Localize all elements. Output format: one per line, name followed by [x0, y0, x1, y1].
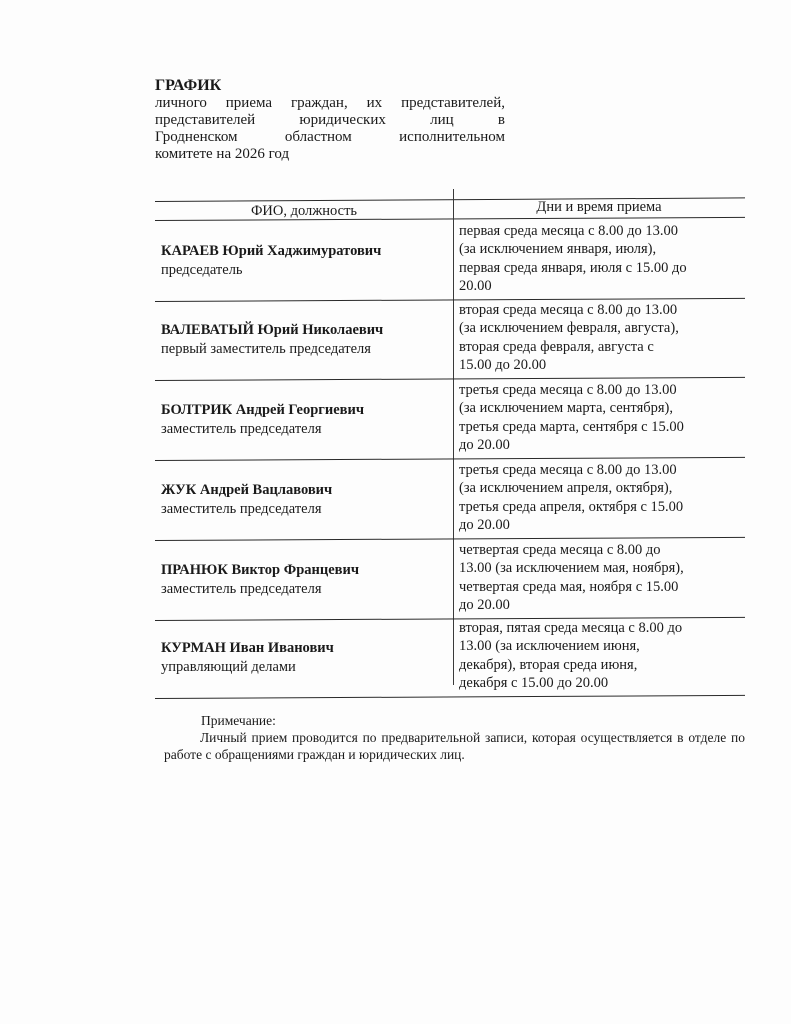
row-bottom-border: [155, 695, 745, 699]
schedule-line: третья среда апреля, октября с 15.00: [459, 498, 745, 516]
schedule-line: третья среда марта, сентября с 15.00: [459, 418, 745, 436]
schedule-line: (за исключением февраля, августа),: [459, 319, 745, 337]
person-position: управляющий делами: [161, 658, 451, 677]
column-divider: [453, 189, 454, 685]
subtitle-line: Гродненском областном исполнительном: [155, 129, 505, 146]
table-row-person: ВАЛЕВАТЫЙ Юрий Николаевичпервый заместит…: [161, 321, 451, 359]
schedule-line: 13.00 (за исключением июня,: [459, 637, 745, 655]
schedule-line: третья среда месяца с 8.00 до 13.00: [459, 461, 745, 479]
header-name-position: ФИО, должность: [155, 203, 453, 219]
schedule-line: 15.00 до 20.00: [459, 356, 745, 374]
schedule-line: 20.00: [459, 277, 745, 295]
table-row-schedule: третья среда месяца с 8.00 до 13.00(за и…: [459, 381, 745, 454]
table-row-schedule: вторая среда месяца с 8.00 до 13.00(за и…: [459, 301, 745, 374]
schedule-line: 13.00 (за исключением мая, ноября),: [459, 559, 745, 577]
person-position: первый заместитель председателя: [161, 340, 451, 359]
table-row-person: КАРАЕВ Юрий Хаджимуратовичпредседатель: [161, 242, 451, 280]
schedule-line: до 20.00: [459, 596, 745, 614]
table-row-person: ЖУК Андрей Вацлавовичзаместитель председ…: [161, 481, 451, 519]
subtitle-line: представителей юридических лиц в: [155, 112, 505, 129]
schedule-line: (за исключением апреля, октября),: [459, 479, 745, 497]
person-name: ПРАНЮК Виктор Францевич: [161, 561, 451, 580]
table-row-schedule: четвертая среда месяца с 8.00 до13.00 (з…: [459, 541, 745, 614]
schedule-line: четвертая среда месяца с 8.00 до: [459, 541, 745, 559]
person-position: заместитель председателя: [161, 500, 451, 519]
document-page: ГРАФИК личного приема граждан, их предст…: [0, 0, 791, 1024]
schedule-line: вторая, пятая среда месяца с 8.00 до: [459, 619, 745, 637]
document-title: ГРАФИК: [155, 76, 505, 95]
person-name: КУРМАН Иван Иванович: [161, 639, 451, 658]
person-name: ВАЛЕВАТЫЙ Юрий Николаевич: [161, 321, 451, 340]
person-name: КАРАЕВ Юрий Хаджимуратович: [161, 242, 451, 261]
schedule-line: третья среда месяца с 8.00 до 13.00: [459, 381, 745, 399]
schedule-line: (за исключением марта, сентября),: [459, 399, 745, 417]
table-row-person: ПРАНЮК Виктор Францевичзаместитель предс…: [161, 561, 451, 599]
person-name: ЖУК Андрей Вацлавович: [161, 481, 451, 500]
schedule-line: до 20.00: [459, 516, 745, 534]
schedule-line: (за исключением января, июля),: [459, 240, 745, 258]
table-row-person: БОЛТРИК Андрей Георгиевичзаместитель пре…: [161, 401, 451, 439]
note-section: Примечание: Личный прием проводится по п…: [165, 712, 745, 763]
table-row-schedule: третья среда месяца с 8.00 до 13.00(за и…: [459, 461, 745, 534]
table-row-person: КУРМАН Иван Ивановичуправляющий делами: [161, 639, 451, 677]
subtitle-line: личного приема граждан, их представителе…: [155, 95, 505, 112]
schedule-line: первая среда месяца с 8.00 до 13.00: [459, 222, 745, 240]
note-label: Примечание:: [165, 712, 745, 729]
note-text: Личный прием проводится по предварительн…: [164, 729, 745, 763]
person-name: БОЛТРИК Андрей Георгиевич: [161, 401, 451, 420]
table-row-schedule: вторая, пятая среда месяца с 8.00 до13.0…: [459, 619, 745, 692]
person-position: заместитель председателя: [161, 420, 451, 439]
document-heading: ГРАФИК личного приема граждан, их предст…: [155, 76, 505, 163]
header-schedule: Дни и время приема: [453, 199, 745, 215]
schedule-line: до 20.00: [459, 436, 745, 454]
schedule-line: первая среда января, июля с 15.00 до: [459, 259, 745, 277]
subtitle-line: комитете на 2026 год: [155, 146, 505, 163]
table-row-schedule: первая среда месяца с 8.00 до 13.00(за и…: [459, 222, 745, 295]
document-subtitle: личного приема граждан, их представителе…: [155, 95, 505, 163]
schedule-line: декабря), вторая среда июня,: [459, 656, 745, 674]
schedule-line: вторая среда месяца с 8.00 до 13.00: [459, 301, 745, 319]
schedule-line: четвертая среда мая, ноября с 15.00: [459, 578, 745, 596]
schedule-line: декабря с 15.00 до 20.00: [459, 674, 745, 692]
person-position: председатель: [161, 261, 451, 280]
schedule-line: вторая среда февраля, августа с: [459, 338, 745, 356]
person-position: заместитель председателя: [161, 580, 451, 599]
